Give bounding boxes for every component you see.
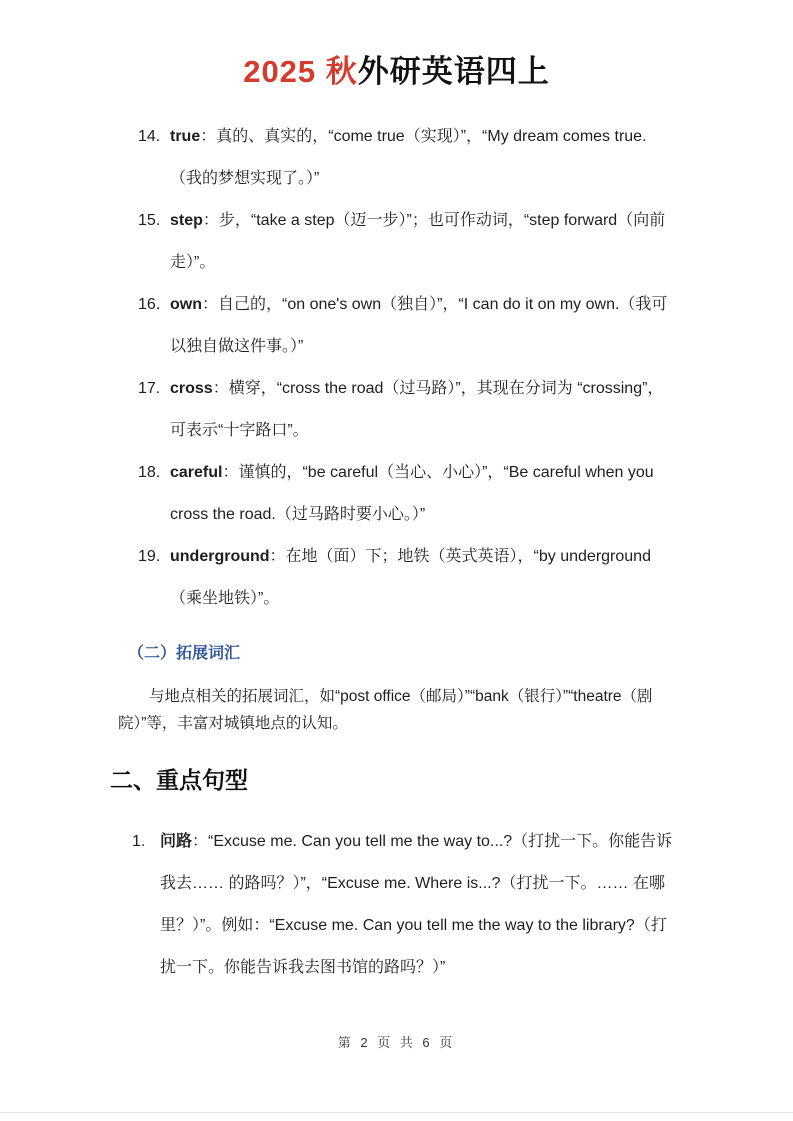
item-text: careful：谨慎的，“be careful（当心、小心）”，“Be care… bbox=[170, 452, 675, 536]
page-number-label: 第 2 页 共 6 页 bbox=[338, 1035, 456, 1050]
title-year-highlight: 2025 秋 bbox=[243, 54, 358, 89]
item-number: 15. bbox=[138, 200, 170, 284]
item-word: careful bbox=[170, 464, 222, 481]
item-text: true：真的、真实的，“come true（实现）”，“My dream co… bbox=[170, 116, 675, 200]
expansion-subheading: （二）拓展词汇 bbox=[128, 642, 793, 666]
item-text: underground：在地（面）下；地铁（英式英语），“by undergro… bbox=[170, 536, 675, 620]
vocab-item: 15. step：步，“take a step（迈一步）”；也可作动词，“ste… bbox=[138, 200, 675, 284]
item-word: 问路 bbox=[160, 833, 192, 850]
sentence-item: 1. 问路：“Excuse me. Can you tell me the wa… bbox=[132, 821, 675, 989]
item-number: 18. bbox=[138, 452, 170, 536]
page-title: 2025 秋外研英语四上 bbox=[0, 52, 793, 92]
section-heading-key-sentences: 二、重点句型 bbox=[110, 765, 793, 795]
item-definition: ：谨慎的，“be careful（当心、小心）”，“Be careful whe… bbox=[170, 464, 654, 523]
page-bottom-divider bbox=[0, 1112, 793, 1113]
title-rest: 外研英语四上 bbox=[358, 54, 550, 89]
page-footer: 第 2 页 共 6 页 bbox=[0, 1032, 793, 1051]
item-text: cross：横穿，“cross the road（过马路）”，其现在分词为 “c… bbox=[170, 368, 675, 452]
vocab-item: 18. careful：谨慎的，“be careful（当心、小心）”，“Be … bbox=[138, 452, 675, 536]
item-word: step bbox=[170, 212, 203, 229]
vocab-list: 14. true：真的、真实的，“come true（实现）”，“My drea… bbox=[138, 116, 675, 620]
item-text: 问路：“Excuse me. Can you tell me the way t… bbox=[160, 821, 675, 989]
sentence-pattern-list: 1. 问路：“Excuse me. Can you tell me the wa… bbox=[132, 821, 675, 989]
item-number: 17. bbox=[138, 368, 170, 452]
item-word: own bbox=[170, 296, 202, 313]
vocab-item: 16. own：自己的，“on one's own（独自）”，“I can do… bbox=[138, 284, 675, 368]
expansion-paragraph: 与地点相关的拓展词汇，如“post office（邮局）”“bank（银行）”“… bbox=[118, 683, 681, 737]
item-number: 14. bbox=[138, 116, 170, 200]
item-number: 16. bbox=[138, 284, 170, 368]
item-definition: ：“Excuse me. Can you tell me the way to.… bbox=[160, 833, 672, 976]
item-text: own：自己的，“on one's own（独自）”，“I can do it … bbox=[170, 284, 675, 368]
item-definition: ：横穿，“cross the road（过马路）”，其现在分词为 “crossi… bbox=[170, 380, 663, 439]
vocab-item: 17. cross：横穿，“cross the road（过马路）”，其现在分词… bbox=[138, 368, 675, 452]
vocab-item: 14. true：真的、真实的，“come true（实现）”，“My drea… bbox=[138, 116, 675, 200]
item-number: 19. bbox=[138, 536, 170, 620]
document-page: 2025 秋外研英语四上 14. true：真的、真实的，“come true（… bbox=[0, 0, 793, 1121]
item-definition: ：自己的，“on one's own（独自）”，“I can do it on … bbox=[170, 296, 667, 355]
item-word: true bbox=[170, 128, 200, 145]
item-definition: ：真的、真实的，“come true（实现）”，“My dream comes … bbox=[170, 128, 647, 187]
item-text: step：步，“take a step（迈一步）”；也可作动词，“step fo… bbox=[170, 200, 675, 284]
vocab-item: 19. underground：在地（面）下；地铁（英式英语），“by unde… bbox=[138, 536, 675, 620]
item-word: cross bbox=[170, 380, 213, 397]
item-word: underground bbox=[170, 548, 270, 565]
item-number: 1. bbox=[132, 821, 160, 989]
item-definition: ：步，“take a step（迈一步）”；也可作动词，“step forwar… bbox=[170, 212, 665, 271]
